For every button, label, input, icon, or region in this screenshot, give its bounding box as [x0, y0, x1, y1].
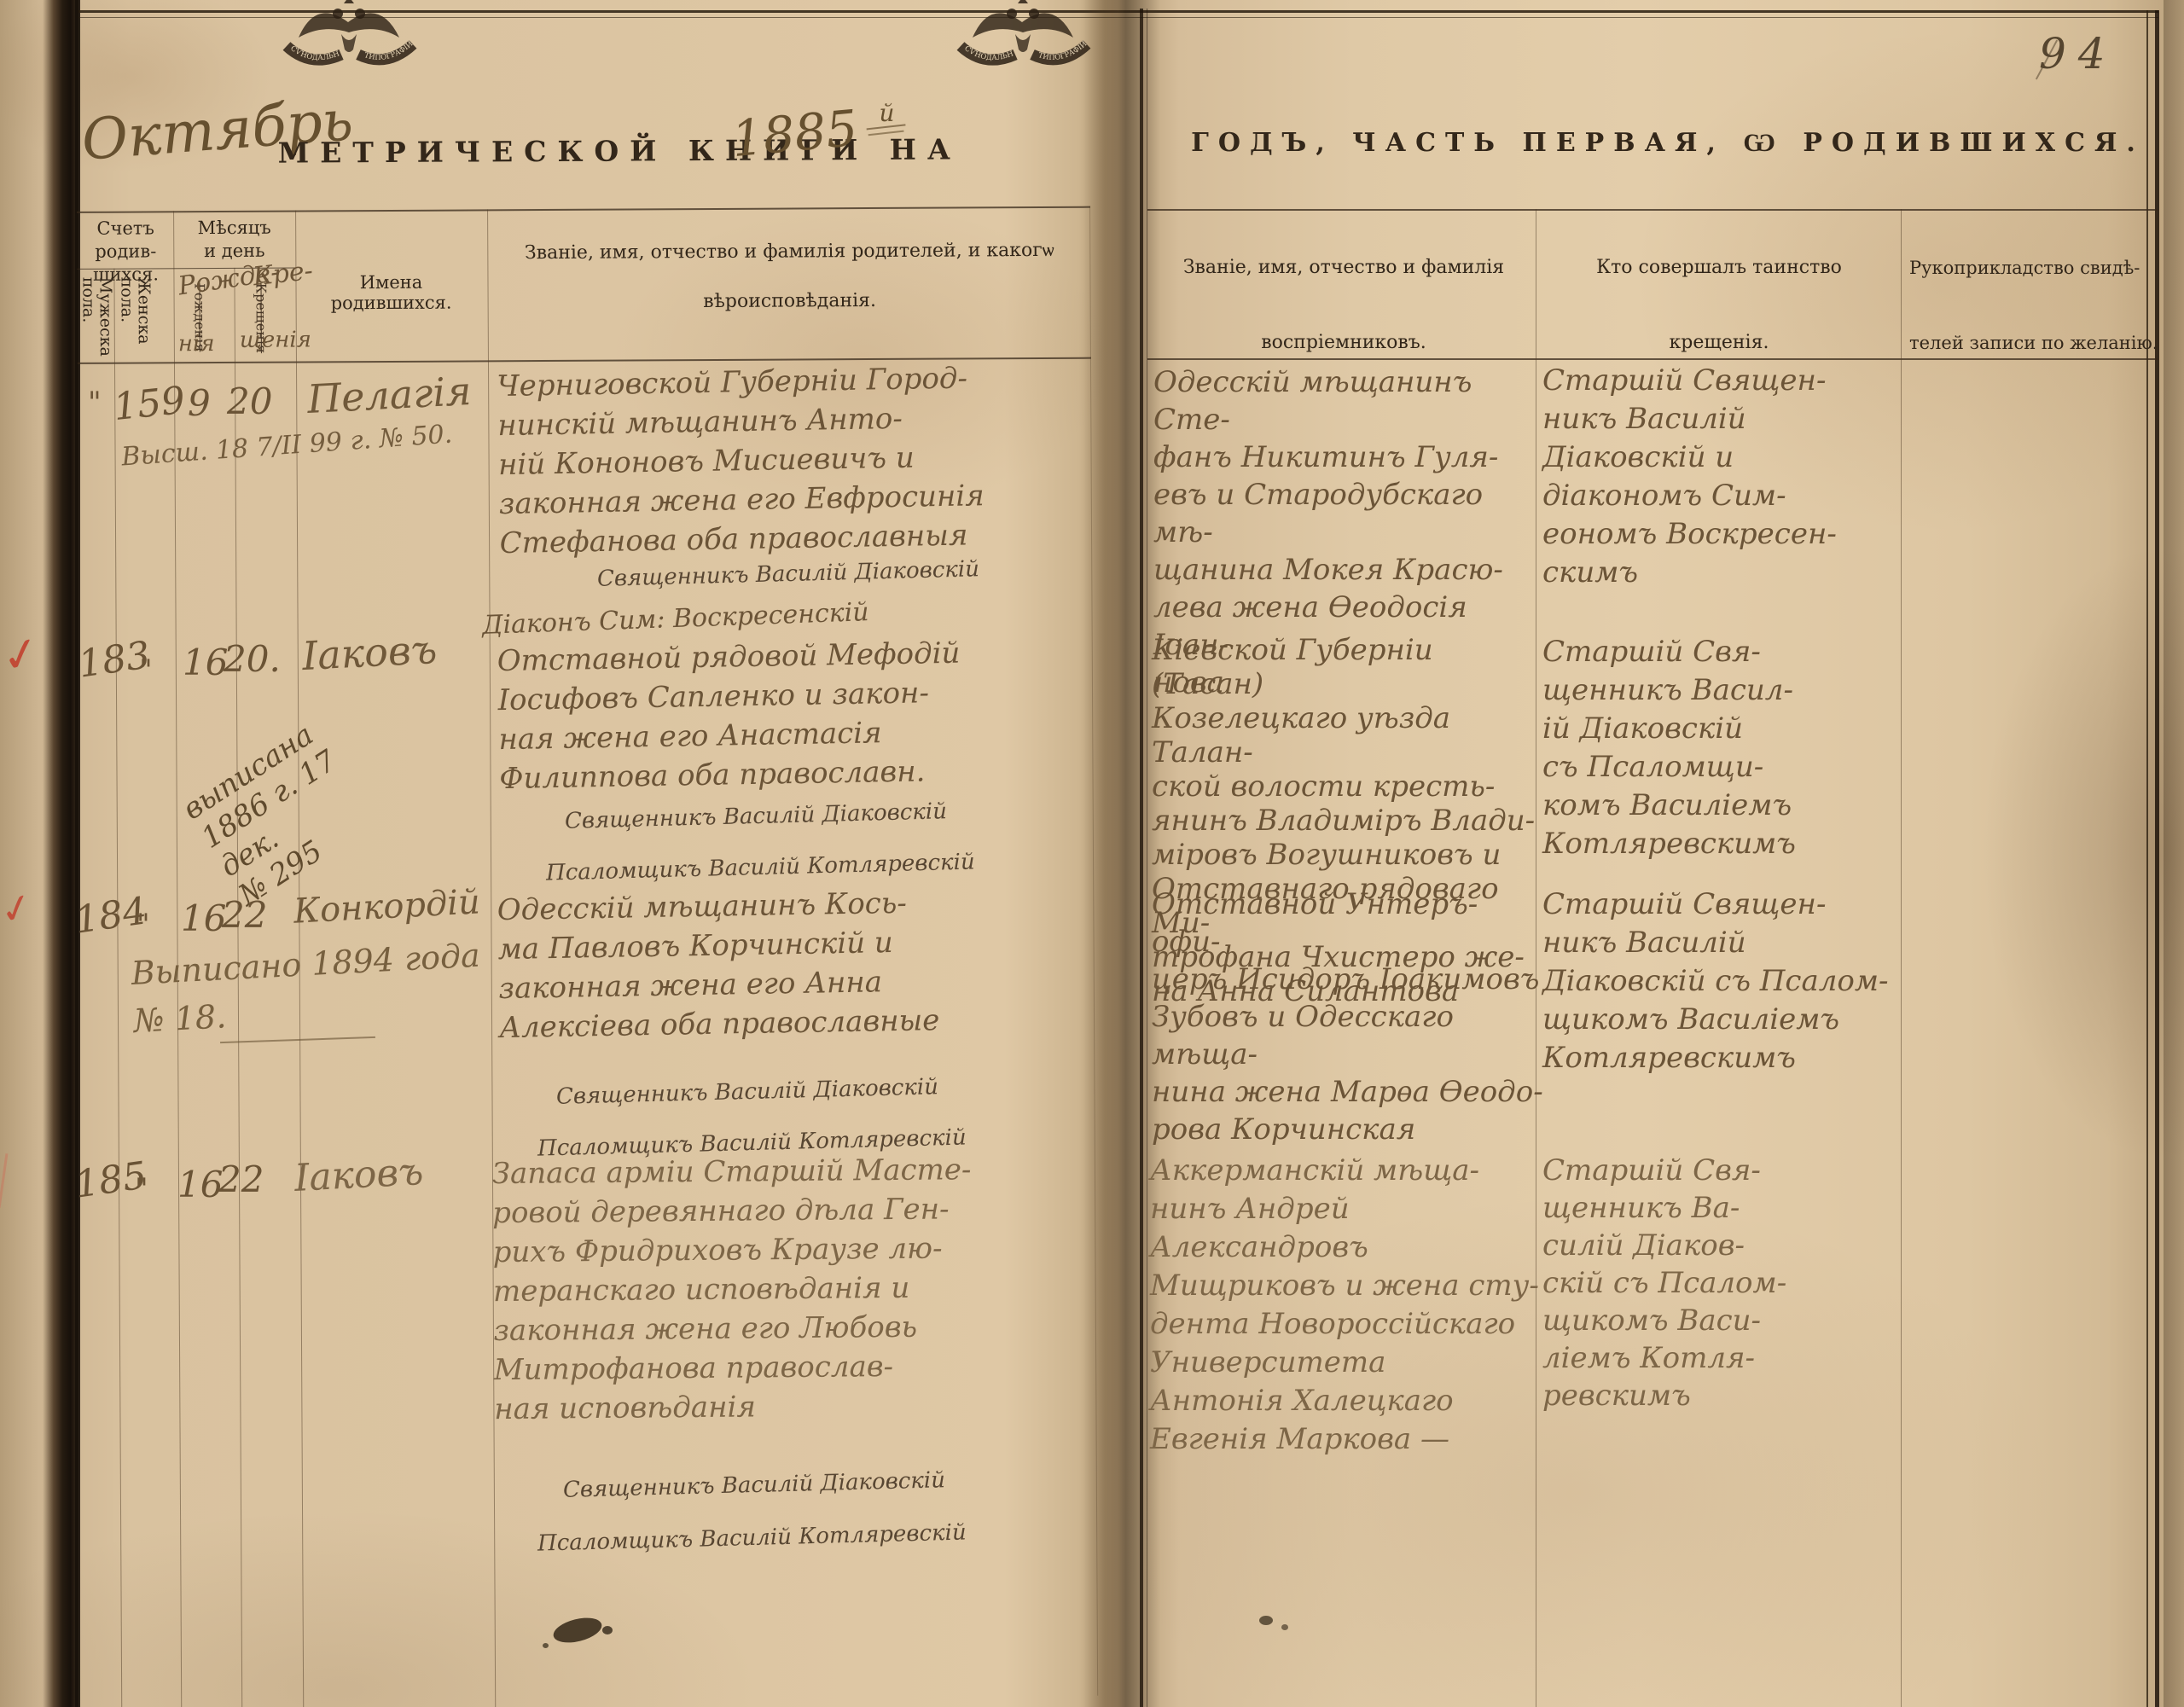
right-page-title: ГОДЪ, ЧАСТЬ ПЕРВАЯ, Ѡ РОДИВШИХСЯ.	[1177, 128, 2158, 158]
godparents-cell: Аккерманскій мѣща- нинъ Андрей Александр…	[1150, 1152, 1542, 1459]
born-day-cell: 16	[181, 897, 226, 939]
female-count-cell: "	[135, 1172, 148, 1206]
col-line	[113, 269, 122, 1707]
header-born-handwritten-2: нія	[178, 331, 215, 357]
parents-cell: Отставной рядовой Мефодій Іосифовъ Сапле…	[497, 631, 1096, 798]
parents-cell: Одесскій мѣщанинъ Кось- ма Павловъ Корчи…	[497, 880, 1096, 1048]
header-month-day: Мѣсяцъ и день	[173, 217, 295, 264]
header-performer: Кто совершалъ таинство крещенія.	[1540, 230, 1898, 380]
name-cell: Іаковъ	[293, 1150, 425, 1200]
female-count-cell: "	[136, 908, 150, 942]
header-witnesses: Рукоприкладство свидѣ- телей записи по ж…	[1909, 230, 2162, 380]
female-count-cell: 159	[112, 379, 188, 429]
parents-cell: Черниговской Губерніи Город- нинскій мѣщ…	[497, 357, 1097, 563]
performer-cell: Старшій Свя- щенникъ Васил- ій Діаковскі…	[1542, 633, 1901, 863]
metrical-book-scan: СѴНОДАЛЬНОЙ ТИПОГРАФІИ СѴНОДАЛЬНОЙ ТИПОГ…	[0, 0, 2184, 1707]
godparents-cell: Отставной Унтеръ-офи- церъ Исидоръ Іоаки…	[1152, 885, 1544, 1148]
born-day-cell: 16	[183, 642, 228, 683]
table-top-rule	[1147, 209, 2158, 211]
year-suffix: й	[879, 99, 894, 127]
header-parents: Званіе, имя, отчество и фамилія родителе…	[491, 226, 1088, 328]
performer-cell: Старшій Священ- никъ Василій Діаковскій …	[1542, 362, 1901, 592]
ink-blot	[602, 1626, 613, 1634]
table-top-rule	[77, 206, 1090, 213]
baptized-day-cell: 22	[218, 1158, 264, 1200]
header-baptized-handwritten-2: щенія	[240, 327, 311, 352]
born-day-cell: 9	[188, 382, 211, 424]
name-cell: Іаковъ	[301, 626, 439, 679]
parents-cell: Запаса арміи Старшій Масте- ровой деревя…	[492, 1149, 1097, 1429]
ink-blot	[1259, 1616, 1273, 1625]
born-day-cell: 16	[177, 1164, 223, 1205]
baptized-day-cell: 20.	[224, 638, 281, 680]
header-godparents: Званіе, имя, отчество и фамилія воспріем…	[1152, 230, 1536, 380]
year-handwritten: 1885	[729, 99, 860, 168]
baptized-day-cell: 22	[222, 894, 267, 936]
margin-note: Выписано 1894 года № 18.	[130, 931, 492, 1045]
performer-cell: Старшій Священ- никъ Василій Діаковскій …	[1542, 885, 1909, 1077]
performer-cell: Старшій Свя- щенникъ Ва- силій Діаков- с…	[1542, 1152, 1901, 1414]
female-count-cell: "	[139, 653, 153, 688]
ink-blot	[543, 1643, 549, 1648]
baptized-day-cell: 20	[227, 380, 272, 422]
ink-blot	[1281, 1624, 1288, 1630]
male-count-cell: "	[88, 386, 102, 420]
header-names: Имена родившихся.	[297, 271, 485, 313]
name-cell: Пелагія	[306, 368, 473, 422]
